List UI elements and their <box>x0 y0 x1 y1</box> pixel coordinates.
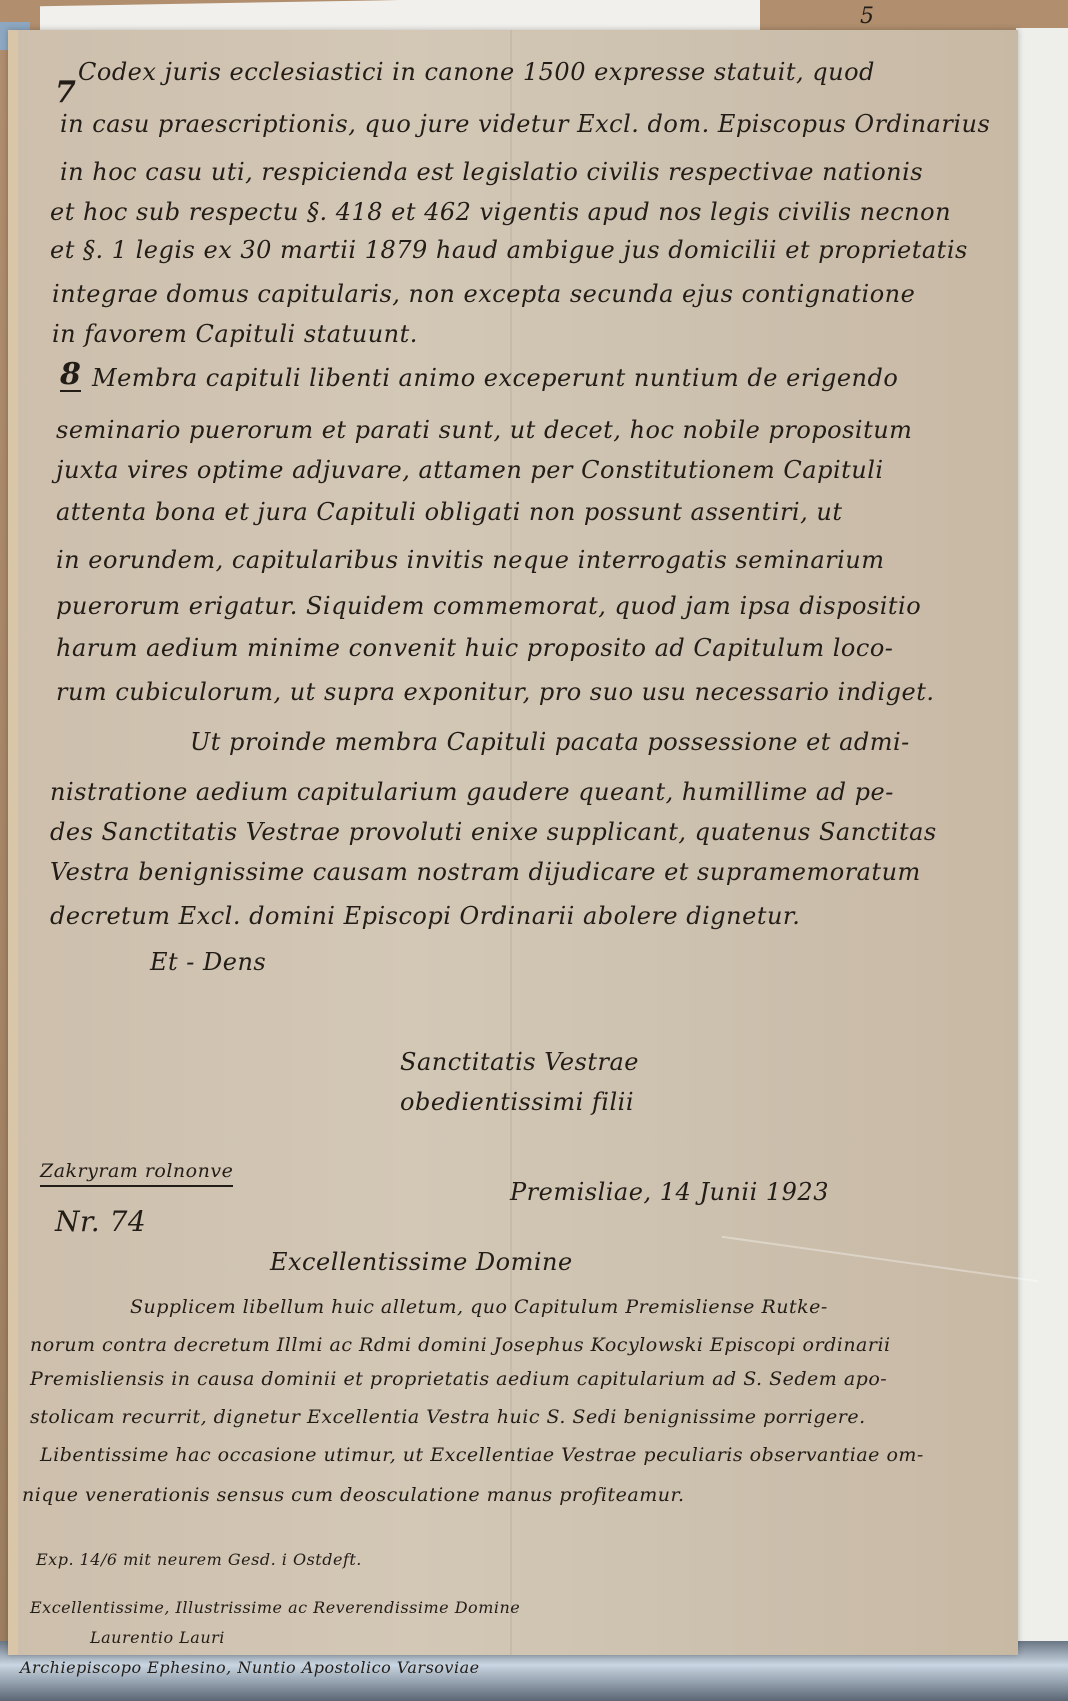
signature-line-2: obedientissimi filii <box>400 1090 634 1114</box>
section-number-7: 7 <box>55 78 76 108</box>
addressee-title: Archiepiscopo Ephesino, Nuntio Apostolic… <box>20 1660 480 1676</box>
text-line: harum aedium minime convenit huic propos… <box>56 636 893 660</box>
text-line: stolicam recurrit, dignetur Excellentia … <box>30 1408 866 1427</box>
text-line: puerorum erigatur. Siquidem commemorat, … <box>56 594 921 618</box>
salutation: Excellentissime Domine <box>270 1250 573 1274</box>
text-line: norum contra decretum Illmi ac Rdmi domi… <box>30 1336 891 1355</box>
signature-line-1: Sanctitatis Vestrae <box>400 1050 639 1074</box>
text-line: decretum Excl. domini Episcopi Ordinarii… <box>50 904 800 928</box>
addressee-name: Laurentio Lauri <box>90 1630 225 1646</box>
closing-line: Et - Dens <box>150 950 266 974</box>
text-line: attenta bona et jura Capituli obligati n… <box>56 500 842 524</box>
text-line: Codex juris ecclesiastici in canone 1500… <box>78 60 875 84</box>
expedition-note: Exp. 14/6 mit neurem Gesd. i Ostdeft. <box>36 1552 362 1568</box>
addressee-line-1: Excellentissime, Illustrissime ac Revere… <box>30 1600 520 1616</box>
text-line: in hoc casu uti, respicienda est legisla… <box>60 160 923 184</box>
text-line: Premisliensis in causa dominii et propri… <box>30 1370 887 1389</box>
text-line: nistratione aedium capitularium gaudere … <box>50 780 894 804</box>
text-line: Ut proinde membra Capituli pacata posses… <box>190 730 910 754</box>
section-number-8: 8 <box>60 360 81 392</box>
text-line: et §. 1 legis ex 30 martii 1879 haud amb… <box>50 238 968 262</box>
text-line: nique venerationis sensus cum deosculati… <box>22 1486 685 1505</box>
text-line: Vestra benignissime causam nostram dijud… <box>50 860 921 884</box>
text-line: des Sanctitatis Vestrae provoluti enixe … <box>50 820 937 844</box>
text-line: in favorem Capituli statuunt. <box>52 322 418 346</box>
registry-note-line-1: Zakryram rolnonve <box>40 1162 233 1187</box>
text-line: Membra capituli libenti animo exceperunt… <box>92 366 898 390</box>
page-edge <box>8 30 18 1655</box>
text-line: seminario puerorum et parati sunt, ut de… <box>56 418 912 442</box>
text-line: in eorundem, capitularibus invitis neque… <box>56 548 885 572</box>
place-date: Premisliae, 14 Junii 1923 <box>510 1180 829 1204</box>
margin-note: 5 <box>860 6 875 28</box>
text-line: integrae domus capitularis, non excepta … <box>52 282 915 306</box>
registry-number: Nr. 74 <box>55 1208 146 1236</box>
text-line: et hoc sub respectu §. 418 et 462 vigent… <box>50 200 951 224</box>
underlying-paper-right <box>1016 28 1068 1648</box>
text-line: rum cubiculorum, ut supra exponitur, pro… <box>56 680 935 704</box>
text-line: Libentissime hac occasione utimur, ut Ex… <box>40 1446 924 1465</box>
text-line: in casu praescriptionis, quo jure videtu… <box>60 112 990 136</box>
text-line: juxta vires optime adjuvare, attamen per… <box>56 458 884 482</box>
text-line: Supplicem libellum huic alletum, quo Cap… <box>130 1298 828 1317</box>
